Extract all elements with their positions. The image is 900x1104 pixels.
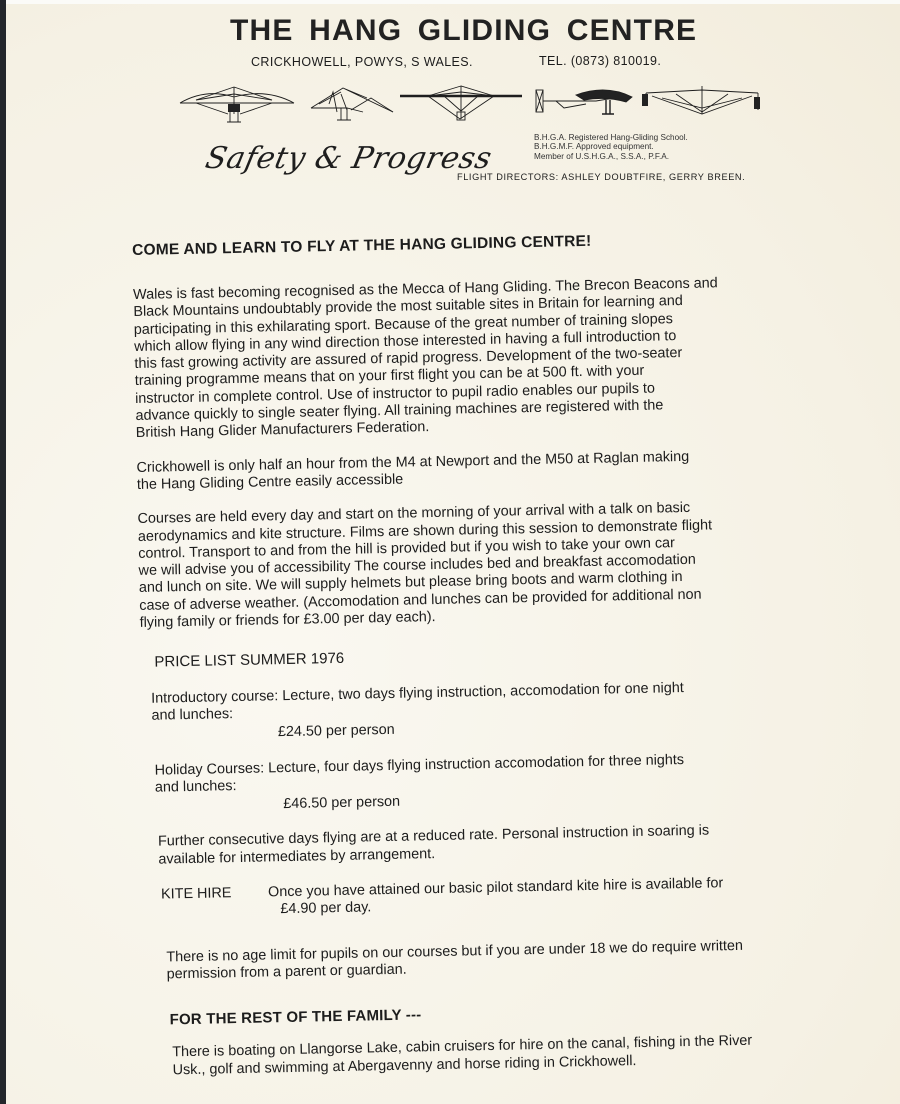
letterhead-telephone: TEL. (0873) 810019. <box>539 54 661 68</box>
glider-icon <box>180 87 294 122</box>
flight-directors: FLIGHT DIRECTORS: ASHLEY DOUBTFIRE, GERR… <box>457 172 745 182</box>
flyer-body: COME AND LEARN TO FLY AT THE HANG GLIDIN… <box>132 228 829 1079</box>
registration-line: Member of U.S.H.G.A., S.S.A., P.F.A. <box>534 152 688 161</box>
glider-icon <box>642 86 760 114</box>
registration-line: B.H.G.A. Registered Hang-Gliding School. <box>534 133 688 142</box>
letterhead-address: CRICKHOWELL, POWYS, S WALES. <box>251 55 473 69</box>
registrations: B.H.G.A. Registered Hang-Gliding School.… <box>534 133 688 161</box>
registration-line: B.H.G.M.F. Approved equipment. <box>534 142 688 151</box>
motto-script: Safety & Progress <box>202 141 495 176</box>
courses-paragraph: Courses are held every day and start on … <box>137 498 819 633</box>
glider-icon <box>311 88 393 120</box>
letterhead-title: THE HANG GLIDING CENTRE <box>230 14 697 48</box>
glider-icon <box>400 86 522 120</box>
glider-illustrations <box>176 84 766 128</box>
kite-hire-label: KITE HIRE <box>161 884 268 903</box>
intro-paragraph: Wales is fast becoming recognised as the… <box>133 273 816 442</box>
glider-icon <box>536 90 632 114</box>
